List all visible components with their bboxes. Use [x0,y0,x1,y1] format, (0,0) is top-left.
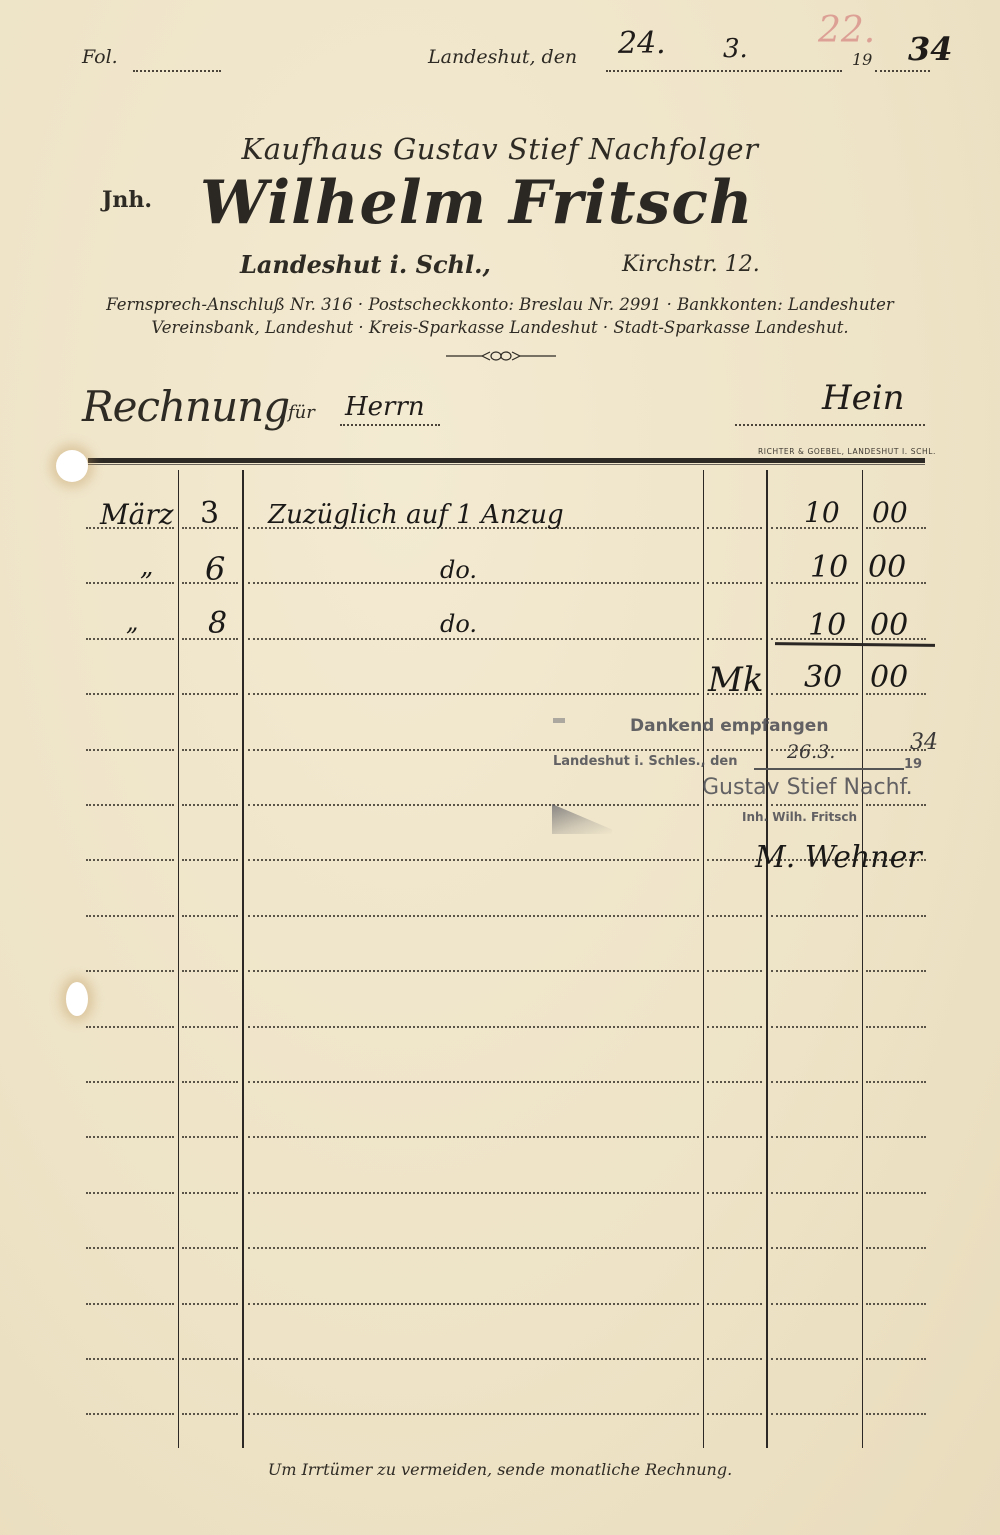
row-rule [182,1192,238,1194]
row-rule [771,1358,858,1360]
row-rule [248,1303,699,1305]
row-rule [771,1081,858,1083]
row-rule [866,1192,926,1194]
row-rule [248,915,699,917]
row-rule [248,970,699,972]
column-divider-month-day [178,470,179,1448]
contact-line-2: Vereinsbank, Landeshut · Kreis-Sparkasse… [0,318,1000,337]
row-rule [86,1413,174,1415]
stamp-place-line: Landeshut i. Schles., den [553,754,737,769]
row-rule [86,1358,174,1360]
row-rule [707,1136,762,1138]
table-top-rule [88,458,925,463]
row-rule [86,1192,174,1194]
row-rule [707,970,762,972]
item-2-day: 6 [205,550,225,588]
row-rule [248,749,699,751]
row-rule [707,1192,762,1194]
row-rule [182,1081,238,1083]
date-year-handwritten: 34 [908,30,953,68]
folio-label: Fol. [82,46,118,68]
row-rule [248,1247,699,1249]
row-rule [771,1303,858,1305]
row-rule [248,804,699,806]
row-rule [86,1247,174,1249]
stamp-received-line: Dankend empfangen [630,716,828,736]
row-rule [771,1192,858,1194]
row-rule [866,1358,926,1360]
row-rule [707,582,762,584]
place-date-label: Landeshut, den [428,46,577,68]
row-rule [866,1026,926,1028]
row-rule [771,1136,858,1138]
printer-credit: RICHTER & GOEBEL, LANDESHUT I. SCHL. [758,447,936,456]
contact-line-1: Fernsprech-Anschluß Nr. 316 · Postscheck… [0,295,1000,314]
date-field-line [606,70,842,72]
column-divider-description-aux [703,470,704,1448]
item-2-description: do. [440,556,477,584]
row-rule [707,915,762,917]
row-rule [86,749,174,751]
row-rule [182,859,238,861]
item-2-amount-mark: 10 [810,550,848,585]
row-rule [182,1413,238,1415]
item-1-description: Zuzüglich auf 1 Anzug [268,500,564,530]
row-rule [771,1026,858,1028]
recipient-field-line-right [735,424,925,426]
row-rule [707,1413,762,1415]
row-rule [248,1358,699,1360]
row-rule [86,1136,174,1138]
row-rule [182,915,238,917]
folio-field-line [133,70,221,72]
item-3-description: do. [440,610,477,638]
invoice-for-label: für [288,402,315,423]
sum-underline [775,642,935,647]
item-1-amount-pf: 00 [872,496,908,529]
row-rule [86,582,174,584]
ornament-divider-icon [446,350,556,362]
row-rule [86,804,174,806]
row-rule [866,1136,926,1138]
row-rule [86,1026,174,1028]
signature: M. Wehner [755,840,922,875]
stamp-year-prefix: 19 [904,757,922,772]
stamp-date-handwritten: 26.3. [787,741,835,763]
owner-prefix: Jnh. [102,187,152,213]
total-currency-label: Mk [708,660,763,700]
row-rule [707,749,762,751]
recipient-name: Hein [822,378,905,418]
row-rule [182,693,238,695]
row-rule [86,859,174,861]
item-3-amount-mark: 10 [808,608,846,643]
date-day-handwritten: 24. [618,26,666,61]
row-rule [182,1358,238,1360]
row-rule [707,1247,762,1249]
row-rule [866,1081,926,1083]
item-2-amount-pf: 00 [868,550,906,585]
row-rule [771,915,858,917]
row-rule [182,804,238,806]
row-rule [86,693,174,695]
row-rule [248,1081,699,1083]
row-rule [182,1247,238,1249]
firm-street: Kirchstr. 12. [622,252,760,277]
year-field-line [875,70,930,72]
item-3-day: 8 [208,606,227,641]
row-rule [866,1303,926,1305]
table-top-rule-thin [88,464,925,465]
stamp-date-line [754,768,904,770]
row-rule [182,970,238,972]
row-rule [248,1192,699,1194]
item-1-amount-mark: 10 [804,496,840,529]
total-amount-pf: 00 [870,660,908,695]
row-rule [86,1081,174,1083]
row-rule [182,1026,238,1028]
row-rule [248,1026,699,1028]
row-rule [707,1303,762,1305]
recipient-field-line [340,424,440,426]
item-1-month: März [100,498,174,531]
row-rule [248,859,699,861]
row-rule [707,804,762,806]
row-rule [707,1081,762,1083]
row-rule [866,1413,926,1415]
recipient-salutation: Herrn [345,392,425,422]
column-divider-aux-mark [766,470,768,1448]
item-3-amount-pf: 00 [870,608,908,643]
row-rule [866,804,926,806]
punch-hole-bottom [66,982,88,1016]
row-rule [86,970,174,972]
row-rule [248,638,699,640]
row-rule [707,1026,762,1028]
row-rule [248,693,699,695]
punch-hole-top [56,450,88,482]
row-rule [182,1303,238,1305]
stamp-smudge [552,804,612,834]
row-rule [707,638,762,640]
stamp-firm-line: Gustav Stief Nachf. [702,775,913,800]
owner-name: Wilhelm Fritsch [200,168,753,238]
item-3-month: „ [126,608,138,636]
invoice-title: Rechnung [82,382,289,431]
row-rule [707,1358,762,1360]
column-divider-mark-pfennig [862,470,863,1448]
row-rule [771,1413,858,1415]
row-rule [866,915,926,917]
footer-note: Um Irrtümer zu vermeiden, sende monatlic… [0,1460,1000,1479]
row-rule [771,804,858,806]
item-1-day: 3 [200,496,219,531]
row-rule [771,1247,858,1249]
item-2-month: „ [140,552,153,582]
date-month-handwritten: 3. [723,34,748,64]
stamp-corner-mark [553,718,565,723]
row-rule [866,1247,926,1249]
year-prefix: 19 [852,50,872,69]
row-rule [86,1303,174,1305]
row-rule [86,638,174,640]
row-rule [771,970,858,972]
row-rule [248,1413,699,1415]
stamp-owner-line: Inh. Wilh. Fritsch [742,810,857,824]
column-divider-day-description [242,470,244,1448]
row-rule [866,970,926,972]
former-firm-name: Kaufhaus Gustav Stief Nachfolger [0,132,1000,166]
row-rule [707,859,762,861]
row-rule [86,915,174,917]
row-rule [707,527,762,529]
stamp-year-handwritten: 34 [910,730,938,755]
row-rule [182,1136,238,1138]
row-rule [248,1136,699,1138]
total-amount-mark: 30 [804,660,842,695]
red-pencil-mark: 22. [818,10,875,51]
firm-city: Landeshut i. Schl., [240,250,491,279]
row-rule [182,749,238,751]
